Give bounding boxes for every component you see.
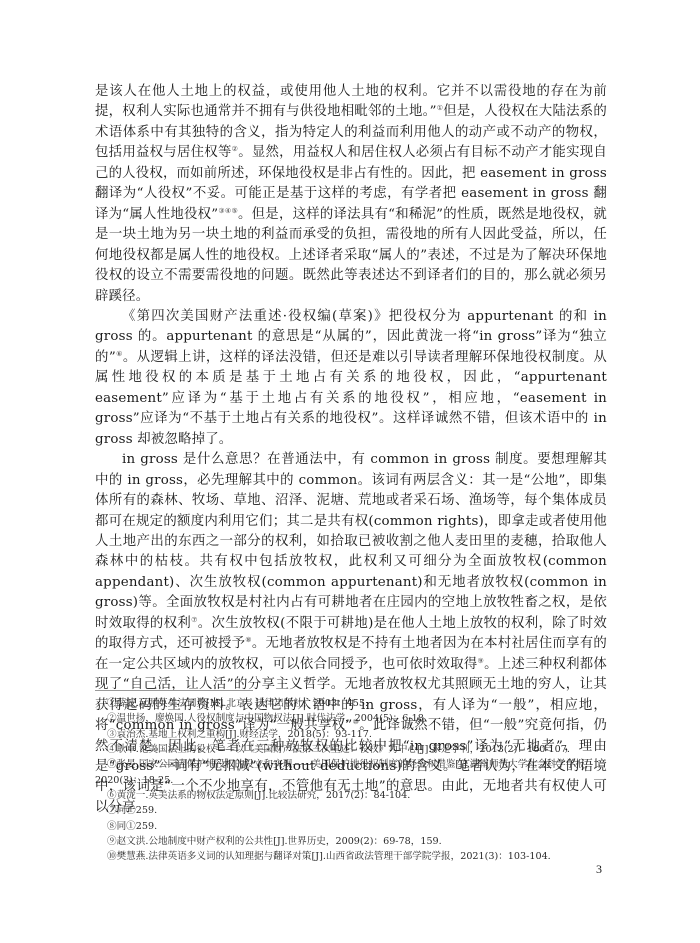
footnote-text: 温世扬，廖焕国.人役权制度与中国物权法[J].时代法学，2004(5)：6-18… — [117, 713, 427, 724]
footnote-item: ⑧同①259. — [95, 819, 607, 834]
footnote-item: ③袁治杰.基地上权利之重构[J].财经法学，2018(5)：93-117. — [95, 727, 607, 742]
footnote-item: ⑩樊慧燕.法律英语多义词的认知理据与翻译对策[J].山西省政法管理干部学院学报，… — [95, 849, 607, 864]
paragraph: 《第四次美国财产法重述·役权编(草案)》把役权分为 appurtenant 的和… — [95, 307, 607, 450]
text-run: in gross 是什么意思？在普通法中，有 common in gross 制… — [95, 452, 607, 631]
footnote-mark: ⑦ — [107, 805, 117, 816]
footnote-text: 薛波.元照英美法词典[M].北京：法律出版社，2003：455. — [117, 698, 368, 709]
footnote-text: 袁治杰.基地上权利之重构[J].财经法学，2018(5)：93-117. — [117, 729, 372, 740]
footnote-item: ①薛波.元照英美法词典[M].北京：法律出版社，2003：455. — [95, 696, 607, 711]
footnote-separator — [95, 690, 253, 691]
footnote-item: ⑦同①259. — [95, 803, 607, 818]
paragraph: 是该人在他人土地上的权益，或使用他人土地的权利。它并不以需役地的存在为前提，权利… — [95, 82, 607, 307]
footnote-mark: ① — [107, 698, 117, 709]
footnote-item: ⑤张晏.国家公园内保护地役权的设立和实现——美国保护地役权制度的经验和借鉴[J]… — [95, 757, 607, 788]
footnote-mark: ② — [107, 713, 117, 724]
footnote-mark: ⑨ — [107, 836, 117, 847]
footnote-mark: ⑤ — [107, 759, 117, 770]
footnote-reference[interactable]: ⑥ — [116, 350, 123, 358]
footnote-mark: ⑩ — [107, 851, 117, 862]
footnote-text: 同①259. — [117, 821, 158, 832]
footnote-mark: ⑥ — [107, 790, 117, 801]
footnote-mark: ⑧ — [107, 821, 117, 832]
footnote-mark: ④ — [107, 744, 117, 755]
footnote-text: 同①259. — [117, 805, 158, 816]
footnote-item: ⑨赵文洪.公地制度中财产权利的公共性[J].世界历史，2009(2)：69-78… — [95, 834, 607, 849]
footnote-item: ②温世扬，廖焕国.人役权制度与中国物权法[J].时代法学，2004(5)：6-1… — [95, 711, 607, 726]
footnote-reference[interactable]: ③④⑤ — [218, 207, 238, 215]
footnote-text: 黄泷一.英美法系的物权法定原则[J].比较法研究，2017(2)：84-104. — [117, 790, 411, 801]
text-run: 。从逻辑上讲，这样的译法没错，但还是难以引导读者理解环保地役权制度。从属性地役权… — [95, 350, 607, 447]
footnote-text: 张晏.国家公园内保护地役权的设立和实现——美国保护地役权制度的经验和借鉴[J].… — [95, 759, 595, 785]
footnote-text: 耿卓.论美国法上的役权——以《美国财产法第三次重述：役权》为中心[J].求是学刊… — [117, 744, 570, 755]
footnote-item: ④耿卓.论美国法上的役权——以《美国财产法第三次重述：役权》为中心[J].求是学… — [95, 742, 607, 757]
page-number: 3 — [596, 862, 602, 877]
footnotes: ①薛波.元照英美法词典[M].北京：法律出版社，2003：455.②温世扬，廖焕… — [95, 696, 607, 865]
footnote-text: 樊慧燕.法律英语多义词的认知理据与翻译对策[J].山西省政法管理干部学院学报，2… — [117, 851, 551, 862]
footnote-text: 赵文洪.公地制度中财产权利的公共性[J].世界历史，2009(2)：69-78，… — [117, 836, 442, 847]
footnote-mark: ③ — [107, 729, 117, 740]
footnote-reference[interactable]: ⑦ — [191, 616, 198, 624]
footnote-item: ⑥黄泷一.英美法系的物权法定原则[J].比较法研究，2017(2)：84-104… — [95, 788, 607, 803]
